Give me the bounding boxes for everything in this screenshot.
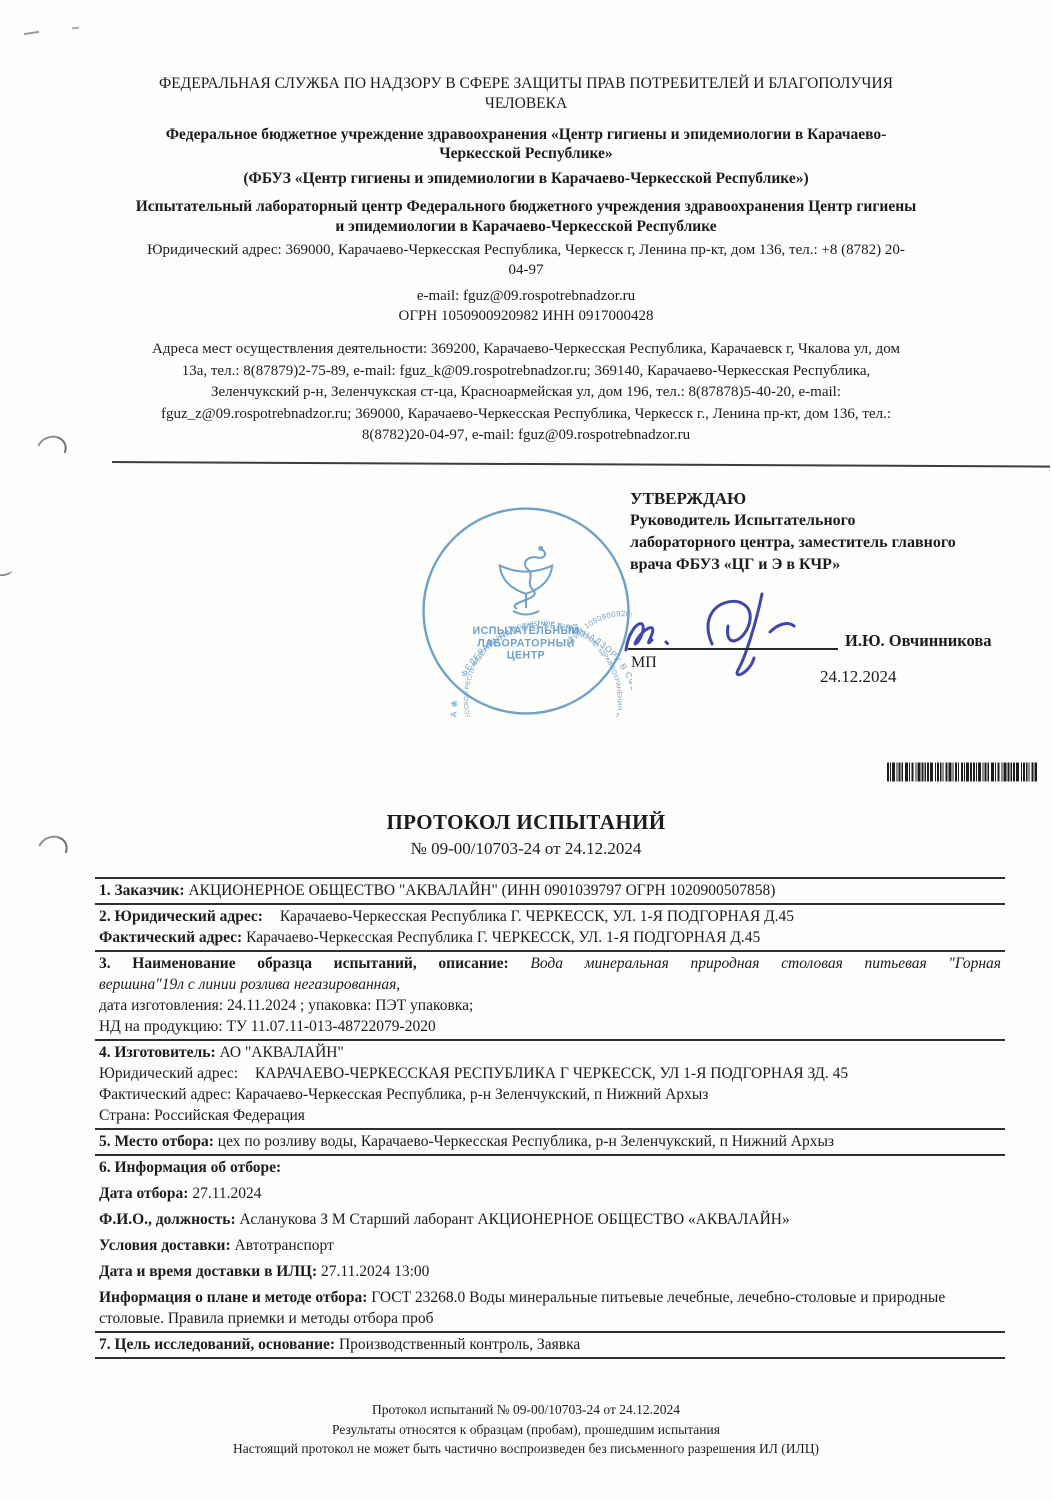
sampler-name-label: Ф.И.О., должность: bbox=[99, 1211, 236, 1228]
legal-address-line: 04-97 bbox=[64, 261, 988, 281]
stamp-center-text: ИСПЫТАТЕЛЬНЫЙ ЛАБОРАТОРНЫЙ ЦЕНТР bbox=[473, 624, 580, 661]
section-purpose: 7. Цель исследований, основание: Произво… bbox=[95, 1331, 1005, 1359]
sample-name-line: Вода минеральная природная столовая пить… bbox=[530, 955, 1001, 972]
signer-name: И.Ю. Овчинникова bbox=[845, 631, 992, 651]
approve-title: УТВЕРЖДАЮ bbox=[630, 488, 1050, 510]
activity-addresses: Адреса мест осуществления деятельности: … bbox=[64, 339, 988, 447]
mfr-actual-address-label: Фактический адрес: bbox=[99, 1086, 231, 1103]
laboratory-center-line: Испытательный лабораторный центр Федерал… bbox=[64, 197, 988, 217]
snake-bowl-icon bbox=[500, 547, 552, 615]
mfr-legal-address-label: Юридический адрес: bbox=[99, 1065, 238, 1082]
manufacturer-value: АО "АКВАЛАЙН" bbox=[219, 1044, 343, 1061]
svg-text:ИСПЫТАТЕЛЬНЫЙ: ИСПЫТАТЕЛЬНЫЙ bbox=[473, 624, 580, 637]
scan-artifact-tilde bbox=[0, 566, 13, 577]
purpose-label: 7. Цель исследований, основание: bbox=[99, 1336, 335, 1353]
agency-name: ФЕДЕРАЛЬНАЯ СЛУЖБА ПО НАДЗОРУ В СФЕРЕ ЗА… bbox=[64, 74, 988, 114]
document-page: ФЕДЕРАЛЬНАЯ СЛУЖБА ПО НАДЗОРУ В СФЕРЕ ЗА… bbox=[0, 0, 1052, 1500]
nd-product-line: НД на продукцию: ТУ 11.07.11-013-4872207… bbox=[99, 1016, 1001, 1037]
protocol-sections: 1. Заказчик: АКЦИОНЕРНОЕ ОБЩЕСТВО "АКВАЛ… bbox=[95, 877, 1005, 1359]
scan-artifact-dash bbox=[24, 31, 39, 35]
legal-address-value: Карачаево-Черкесская Республика Г. ЧЕРКЕ… bbox=[280, 908, 794, 925]
mfr-legal-address-value: КАРАЧАЕВО-ЧЕРКЕССКАЯ РЕСПУБЛИКА Г ЧЕРКЕС… bbox=[255, 1065, 848, 1082]
organization-name: Федеральное бюджетное учреждение здравоо… bbox=[64, 125, 988, 163]
country-value: Российская Федерация bbox=[154, 1107, 305, 1124]
letterhead: ФЕДЕРАЛЬНАЯ СЛУЖБА ПО НАДЗОРУ В СФЕРЕ ЗА… bbox=[64, 74, 988, 447]
section-customer: 1. Заказчик: АКЦИОНЕРНОЕ ОБЩЕСТВО "АКВАЛ… bbox=[95, 877, 1005, 903]
legal-address-line: Юридический адрес: 369000, Карачаево-Чер… bbox=[64, 241, 988, 261]
approval-block: УТВЕРЖДАЮ Руководитель Испытательного ла… bbox=[630, 488, 1050, 576]
footer-protocol-ref: Протокол испытаний № 09-00/10703-24 от 2… bbox=[0, 1400, 1052, 1420]
laboratory-center-line: и эпидемиологии в Карачаево-Черкесской Р… bbox=[64, 217, 988, 237]
sampling-method-label: Информация о плане и методе отбора: bbox=[99, 1289, 367, 1306]
country-label: Страна: bbox=[99, 1107, 150, 1124]
approver-position-line: Руководитель Испытательного bbox=[630, 510, 1050, 532]
laboratory-center-name: Испытательный лабораторный центр Федерал… bbox=[64, 197, 988, 236]
sampling-info-label: 6. Информация об отборе: bbox=[99, 1157, 1001, 1178]
section-manufacturer: 4. Изготовитель: АО "АКВАЛАЙН" Юридическ… bbox=[95, 1039, 1005, 1128]
delivery-conditions-label: Условия доставки: bbox=[99, 1237, 231, 1254]
section-customer-address: 2. Юридический адрес: Карачаево-Черкесск… bbox=[95, 903, 1005, 950]
agency-name-line: ФЕДЕРАЛЬНАЯ СЛУЖБА ПО НАДЗОРУ В СФЕРЕ ЗА… bbox=[64, 74, 988, 94]
delivery-datetime-label: Дата и время доставки в ИЛЦ: bbox=[99, 1263, 317, 1280]
footer-reproduction-note: Настоящий протокол не может быть частичн… bbox=[0, 1439, 1052, 1459]
round-stamp: ФЕДЕРАЛЬНАЯ СЛУЖБА ПО НАДЗОРУ В СФЕРЕ ЗА… bbox=[420, 505, 632, 717]
section-sample: 3. Наименование образца испытаний, описа… bbox=[95, 950, 1005, 1039]
organization-name-line: Федеральное бюджетное учреждение здравоо… bbox=[64, 125, 988, 144]
sample-label: 3. Наименование образца испытаний, описа… bbox=[99, 955, 509, 972]
organization-name-line: Черкесской Республике» bbox=[64, 144, 988, 163]
manufacturer-label: 4. Изготовитель: bbox=[99, 1044, 216, 1061]
purpose-value: Производственный контроль, Заявка bbox=[339, 1336, 580, 1353]
section-sampling-info: 6. Информация об отборе: Дата отбора: 27… bbox=[95, 1154, 1005, 1331]
agency-name-line: ЧЕЛОВЕКА bbox=[64, 94, 988, 114]
sampling-place-label: 5. Место отбора: bbox=[99, 1133, 214, 1150]
sampling-date-label: Дата отбора: bbox=[99, 1185, 188, 1202]
footer-results-note: Результаты относятся к образцам (пробам)… bbox=[0, 1420, 1052, 1440]
mfr-actual-address-value: Карачаево-Черкесская Республика, р-н Зел… bbox=[235, 1086, 708, 1103]
legal-address-label: 2. Юридический адрес: bbox=[99, 908, 263, 925]
protocol-number: № 09-00/10703-24 от 24.12.2024 bbox=[0, 839, 1052, 859]
activity-address-line: Адреса мест осуществления деятельности: … bbox=[64, 339, 988, 361]
sampling-date-value: 27.11.2024 bbox=[192, 1185, 261, 1202]
section-value: АКЦИОНЕРНОЕ ОБЩЕСТВО "АКВАЛАЙН" (ИНН 090… bbox=[188, 882, 775, 899]
stamp-place-label: МП bbox=[631, 654, 657, 672]
barcode bbox=[886, 762, 1038, 782]
sample-name-line: вершина"19л с линии розлива негазированн… bbox=[99, 974, 1001, 995]
ogrn-inn-line: ОГРН 1050900920982 ИНН 0917000428 bbox=[64, 307, 988, 326]
activity-address-line: Зеленчукский р-н, Зеленчукская ст-ца, Кр… bbox=[64, 382, 988, 404]
email-line: e-mail: fguz@09.rospotrebnadzor.ru bbox=[64, 287, 988, 306]
section-sampling-place: 5. Место отбора: цех по розливу воды, Ка… bbox=[95, 1128, 1005, 1154]
activity-address-line: 8(8782)20-04-97, e-mail: fguz@09.rospotr… bbox=[64, 425, 988, 447]
manufacture-date-line: дата изготовления: 24.11.2024 ; упаковка… bbox=[99, 995, 1001, 1016]
approval-date: 24.12.2024 bbox=[820, 667, 897, 687]
signature-line bbox=[628, 648, 838, 650]
legal-address: Юридический адрес: 369000, Карачаево-Чер… bbox=[64, 241, 988, 280]
scan-artifact-dash bbox=[72, 27, 79, 30]
activity-address-line: 13а, тел.: 8(87879)2-75-89, e-mail: fguz… bbox=[64, 361, 988, 383]
svg-text:ЛАБОРАТОРНЫЙ: ЛАБОРАТОРНЫЙ bbox=[477, 636, 574, 649]
svg-text:ФЕДЕРАЛЬНОЕ БЮДЖЕТНОЕ УЧРЕЖДЕН: ФЕДЕРАЛЬНОЕ БЮДЖЕТНОЕ УЧРЕЖДЕНИЕ ЗДРАВОО… bbox=[420, 505, 623, 717]
approver-position-line: лабораторного центра, заместитель главно… bbox=[630, 532, 1050, 554]
sampler-name-value: Асланукова З М Старший лаборант АКЦИОНЕР… bbox=[240, 1211, 790, 1228]
protocol-title: ПРОТОКОЛ ИСПЫТАНИЙ bbox=[0, 810, 1052, 835]
header-divider bbox=[112, 461, 1050, 468]
sampling-place-value: цех по розливу воды, Карачаево-Черкесска… bbox=[218, 1133, 834, 1150]
page-footer: Протокол испытаний № 09-00/10703-24 от 2… bbox=[0, 1400, 1052, 1459]
actual-address-label: Фактический адрес: bbox=[99, 929, 242, 946]
delivery-datetime-value: 27.11.2024 13:00 bbox=[321, 1263, 429, 1280]
delivery-conditions-value: Автотранспорт bbox=[235, 1237, 334, 1254]
section-label: 1. Заказчик: bbox=[99, 882, 185, 899]
organization-short-name: (ФБУЗ «Центр гигиены и эпидемиологии в К… bbox=[64, 169, 988, 188]
stamp-middle-ring-text: ФЕДЕРАЛЬНОЕ БЮДЖЕТНОЕ УЧРЕЖДЕНИЕ ЗДРАВОО… bbox=[420, 505, 623, 717]
svg-text:ЦЕНТР: ЦЕНТР bbox=[507, 649, 546, 661]
activity-address-line: fguz_z@09.rospotrebnadzor.ru; 369000, Ка… bbox=[64, 404, 988, 426]
actual-address-value: Карачаево-Черкесская Республика Г. ЧЕРКЕ… bbox=[246, 929, 760, 946]
